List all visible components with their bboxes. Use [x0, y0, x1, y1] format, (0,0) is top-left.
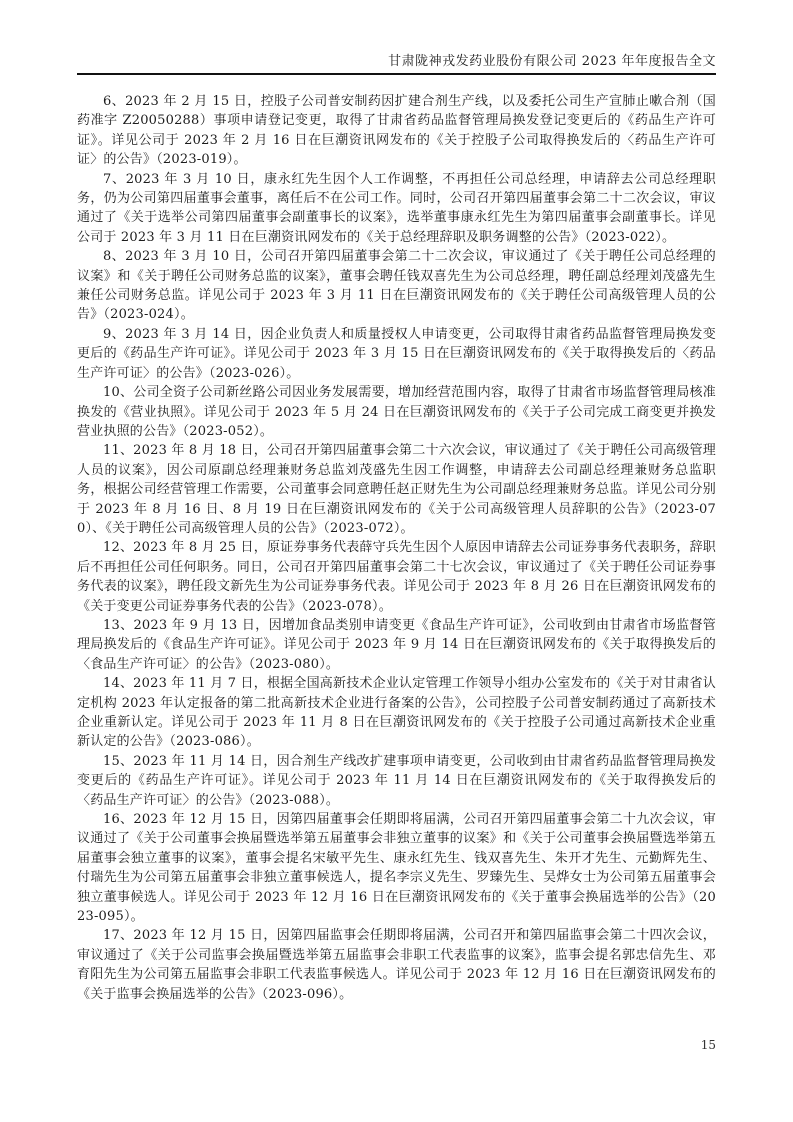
report-body: 6、2023 年 2 月 15 日，控股子公司普安制药因扩建合剂生产线，以及委托… [77, 92, 716, 1004]
paragraph-item-15: 15、2023 年 11 月 14 日，因合剂生产线改扩建事项申请变更，公司收到… [77, 752, 716, 810]
paragraph-item-6: 6、2023 年 2 月 15 日，控股子公司普安制药因扩建合剂生产线，以及委托… [77, 92, 716, 170]
paragraph-item-9: 9、2023 年 3 月 14 日，因企业负责人和质量授权人申请变更，公司取得甘… [77, 325, 716, 383]
paragraph-item-10: 10、公司全资子公司新丝路公司因业务发展需要，增加经营范围内容，取得了甘肃省市场… [77, 383, 716, 441]
report-page: 甘肃陇神戎发药业股份有限公司 2023 年年度报告全文 6、2023 年 2 月… [0, 0, 793, 1122]
report-header-title: 甘肃陇神戎发药业股份有限公司 2023 年年度报告全文 [388, 54, 716, 69]
page-header: 甘肃陇神戎发药业股份有限公司 2023 年年度报告全文 [77, 50, 716, 69]
paragraph-item-12: 12、2023 年 8 月 25 日，原证券事务代表薛守兵先生因个人原因申请辞去… [77, 538, 716, 616]
paragraph-item-7: 7、2023 年 3 月 10 日，康永红先生因个人工作调整，不再担任公司总经理… [77, 170, 716, 248]
header-divider [77, 73, 716, 75]
paragraph-item-14: 14、2023 年 11 月 7 日，根据全国高新技术企业认定管理工作领导小组办… [77, 674, 716, 752]
page-number: 15 [701, 1038, 716, 1052]
paragraph-item-13: 13、2023 年 9 月 13 日，因增加食品类别申请变更《食品生产许可证》，… [77, 616, 716, 674]
paragraph-item-11: 11、2023 年 8 月 18 日，公司召开第四届董事会第二十六次会议，审议通… [77, 441, 716, 538]
paragraph-item-17: 17、2023 年 12 月 15 日，因第四届监事会任期即将届满，公司召开和第… [77, 926, 716, 1004]
paragraph-item-16: 16、2023 年 12 月 15 日，因第四届董事会任期即将届满，公司召开第四… [77, 810, 716, 926]
paragraph-item-8: 8、2023 年 3 月 10 日，公司召开第四届董事会第二十二次会议，审议通过… [77, 247, 716, 325]
